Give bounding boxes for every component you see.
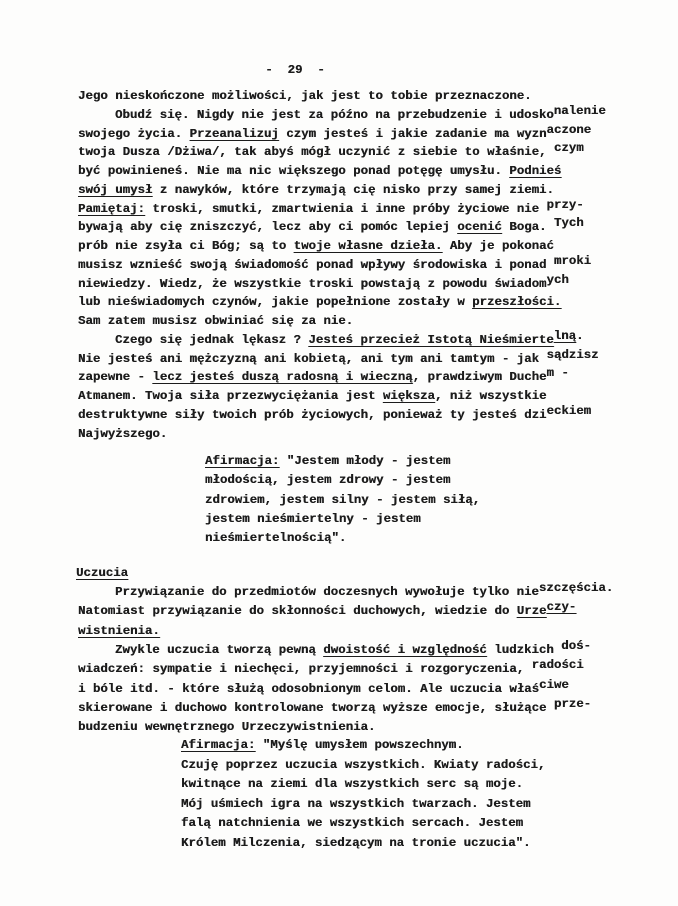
text-segment: Najwyższego.: [78, 427, 167, 441]
opening-paragraphs: Jego nieskończone możliwości, jak jest t…: [78, 87, 606, 443]
text-segment: Królem Milczenia, siedzącym na tronie uc…: [181, 836, 530, 850]
text-segment: budzeniu wewnętrznego Urzeczywistnienia.: [78, 720, 375, 734]
text-line: Jego nieskończone możliwości, jak jest t…: [78, 87, 606, 106]
text-segment: szczęścia.: [539, 581, 613, 595]
text-line: jestem nieśmiertelny - jestem: [205, 510, 480, 529]
underlined-text: wistnienia.: [78, 624, 160, 638]
affirmation-block-1: Afirmacja: "Jestem młody - jestemmłodośc…: [205, 452, 480, 548]
text-segment: mroki: [554, 254, 591, 268]
underlined-text: lecz jesteś duszą radosną i wieczną: [152, 370, 412, 384]
text-line: młodością, jestem zdrowy - jestem: [205, 471, 480, 490]
text-segment: prze-: [554, 697, 591, 711]
text-segment: destruktywne siły twoich prób życiowych,…: [78, 408, 546, 422]
text-line: Czego się jednak lękasz ? Jesteś przecie…: [78, 331, 606, 350]
text-segment: "Myślę umysłem powszechnym.: [255, 738, 463, 752]
text-segment: z nawyków, które trzymają cię nisko przy…: [152, 183, 554, 197]
text-segment: bywają aby cię zniszczyć, lecz aby ci po…: [78, 220, 457, 234]
text-segment: , niż wszystkie: [435, 389, 547, 403]
text-segment: prób nie zsyła ci Bóg; są to: [78, 239, 294, 253]
text-segment: Przywiązanie do przedmiotów doczesnych w…: [115, 585, 539, 599]
text-segment: ludzkich: [487, 643, 561, 657]
text-line: nieśmiertelnością".: [205, 529, 480, 548]
text-line: Nie jesteś ani mężczyzną ani kobietą, an…: [78, 350, 606, 369]
text-line: skierowane i duchowo kontrolowane tworzą…: [78, 699, 613, 718]
text-line: swojego życia. Przeanalizuj czym jesteś …: [78, 125, 606, 144]
text-segment: Natomiast przywiązanie do skłonności duc…: [78, 604, 517, 618]
text-segment: troski, smutki, zmartwienia i inne próby…: [145, 202, 547, 216]
text-segment: lub nieświadomych czynów, jakie popełnio…: [78, 295, 472, 309]
text-segment: i bóle itd. - które służą odosobnionym c…: [78, 682, 539, 696]
text-line: kwitnące na ziemi dla wszystkich serc są…: [181, 775, 545, 795]
text-line: budzeniu wewnętrznego Urzeczywistnienia.: [78, 718, 613, 737]
text-line: Natomiast przywiązanie do skłonności duc…: [78, 602, 613, 621]
text-segment: Jego nieskończone możliwości, jak jest t…: [78, 89, 532, 103]
text-segment: skierowane i duchowo kontrolowane tworzą…: [78, 701, 554, 715]
text-segment: niewiedzy. Wiedz, że wszystkie troski po…: [78, 277, 546, 291]
text-segment: Tych: [554, 216, 584, 230]
underlined-text: twoje własne dzieła.: [294, 239, 443, 253]
text-segment: radości: [532, 658, 584, 672]
text-segment: ych: [546, 273, 568, 287]
text-segment: Mój uśmiech igra na wszystkich twarzach.…: [181, 797, 530, 811]
text-line: wiadczeń: sympatie i niechęci, przyjemno…: [78, 660, 613, 679]
page-number: - 29 -: [0, 63, 590, 77]
scanned-document-page: - 29 - Jego nieskończone możliwości, jak…: [0, 0, 678, 906]
text-segment: nieśmiertelnością".: [205, 531, 346, 545]
underlined-text: lną: [554, 329, 576, 343]
text-line: Przywiązanie do przedmiotów doczesnych w…: [78, 583, 613, 602]
feelings-paragraphs: Przywiązanie do przedmiotów doczesnych w…: [78, 583, 613, 738]
text-line: Najwyższego.: [78, 425, 606, 444]
text-line: musisz wznieść swoją świadomość ponad wp…: [78, 256, 606, 275]
text-line: zdrowiem, jestem silny - jestem siłą,: [205, 491, 480, 510]
text-line: twoja Dusza /Dżiwa/, tak abyś mógł uczyn…: [78, 143, 606, 162]
text-segment: Nie jesteś ani mężczyzną ani kobietą, an…: [78, 352, 546, 366]
text-line: Afirmacja: "Jestem młody - jestem: [205, 452, 480, 471]
text-segment: m -: [546, 366, 568, 380]
text-segment: być powinieneś. Nie ma nic większego pon…: [78, 164, 509, 178]
underlined-text: przeszłości.: [472, 295, 561, 309]
text-line: Afirmacja: "Myślę umysłem powszechnym.: [181, 736, 545, 756]
text-segment: Czuję poprzez uczucia wszystkich. Kwiaty…: [181, 758, 545, 772]
text-segment: eckiem: [546, 404, 591, 418]
text-line: falą natchnienia we wszystkich sercach. …: [181, 814, 545, 834]
text-segment: Boga.: [502, 220, 554, 234]
text-segment: Obudź się. Nigdy nie jest za późno na pr…: [115, 108, 554, 122]
text-line: Atmanem. Twoja siła przezwyciężania jest…: [78, 387, 606, 406]
underlined-text: większa: [383, 389, 435, 403]
text-line: Mój uśmiech igra na wszystkich twarzach.…: [181, 795, 545, 815]
text-segment: .: [576, 329, 583, 343]
text-line: lub nieświadomych czynów, jakie popełnio…: [78, 293, 606, 312]
text-segment: sądzisz: [546, 348, 598, 362]
text-segment: wiadczeń: sympatie i niechęci, przyjemno…: [78, 662, 532, 676]
text-segment: Aby je pokonać: [442, 239, 554, 253]
text-segment: czym jesteś i jakie zadanie ma wyzn: [279, 127, 547, 141]
text-line: Królem Milczenia, siedzącym na tronie uc…: [181, 834, 545, 854]
text-segment: Zwykle uczucia tworzą pewną: [115, 643, 323, 657]
text-segment: kwitnące na ziemi dla wszystkich serc są…: [181, 777, 523, 791]
underlined-text: Jesteś przecież Istotą Nieśmierte: [308, 333, 553, 347]
text-segment: Atmanem. Twoja siła przezwyciężania jest: [78, 389, 383, 403]
text-segment: twoja Dusza /Dżiwa/, tak abyś mógł uczyn…: [78, 145, 554, 159]
underlined-text: czy-: [546, 600, 576, 614]
text-line: swój umysł z nawyków, które trzymają cię…: [78, 181, 606, 200]
text-segment: czym: [554, 141, 584, 155]
text-segment: Sam zatem musisz obwiniać się za nie.: [78, 314, 353, 328]
text-line: zapewne - lecz jesteś duszą radosną i wi…: [78, 368, 606, 387]
text-segment: zdrowiem, jestem silny - jestem siłą,: [205, 493, 480, 507]
underlined-text: swój umysł: [78, 183, 152, 197]
underlined-text: Pamiętaj:: [78, 202, 145, 216]
text-segment: musisz wznieść swoją świadomość ponad wp…: [78, 258, 554, 272]
section-heading-uczucia: Uczucia: [76, 564, 128, 583]
underlined-text: Podnieś: [509, 164, 561, 178]
text-segment: "Jestem młody - jestem: [279, 454, 450, 468]
underlined-text: Afirmacja:: [181, 738, 255, 752]
text-line: Czuję poprzez uczucia wszystkich. Kwiaty…: [181, 756, 545, 776]
text-segment: jestem nieśmiertelny - jestem: [205, 512, 421, 526]
text-segment: ciwe: [539, 678, 569, 692]
text-line: bywają aby cię zniszczyć, lecz aby ci po…: [78, 218, 606, 237]
text-line: prób nie zsyła ci Bóg; są to twoje własn…: [78, 237, 606, 256]
text-segment: Czego się jednak lękasz ?: [115, 333, 308, 347]
text-segment: falą natchnienia we wszystkich sercach. …: [181, 816, 523, 830]
text-segment: zapewne -: [78, 370, 152, 384]
text-segment: przy-: [546, 198, 583, 212]
underlined-text: Przeanalizuj: [190, 127, 279, 141]
text-line: Uczucia: [76, 564, 128, 583]
underlined-text: ocenić: [457, 220, 502, 234]
text-segment: , prawdziwym Duche: [413, 370, 547, 384]
text-segment: nalenie: [554, 104, 606, 118]
text-line: niewiedzy. Wiedz, że wszystkie troski po…: [78, 275, 606, 294]
underlined-text: Afirmacja:: [205, 454, 279, 468]
text-line: Sam zatem musisz obwiniać się za nie.: [78, 312, 606, 331]
text-line: Pamiętaj: troski, smutki, zmartwienia i …: [78, 200, 606, 219]
text-line: Obudź się. Nigdy nie jest za późno na pr…: [78, 106, 606, 125]
text-line: być powinieneś. Nie ma nic większego pon…: [78, 162, 606, 181]
text-segment: aczone: [546, 123, 591, 137]
underlined-text: Uczucia: [76, 566, 128, 580]
text-segment: młodością, jestem zdrowy - jestem: [205, 473, 450, 487]
text-line: wistnienia.: [78, 622, 613, 641]
text-line: destruktywne siły twoich prób życiowych,…: [78, 406, 606, 425]
affirmation-block-2: Afirmacja: "Myślę umysłem powszechnym.Cz…: [181, 736, 545, 854]
text-segment: swojego życia.: [78, 127, 190, 141]
text-line: i bóle itd. - które służą odosobnionym c…: [78, 680, 613, 699]
text-segment: doś-: [561, 639, 591, 653]
underlined-text: Urze: [517, 604, 547, 618]
underlined-text: dwoistość i względność: [323, 643, 487, 657]
